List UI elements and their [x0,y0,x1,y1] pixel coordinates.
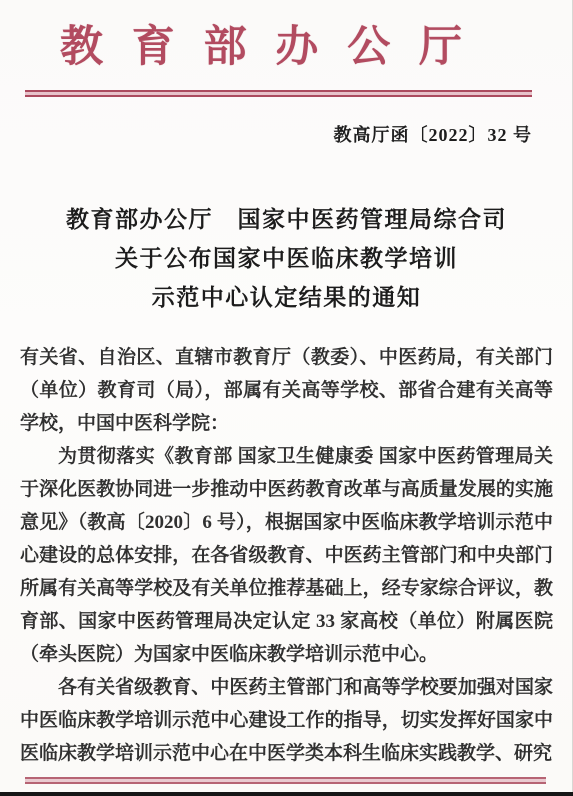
red-divider-top [25,90,532,97]
body-paragraph: 各有关省级教育、中医药主管部门和高等学校要加强对国家中医临床教学培训示范中心建设… [20,671,553,770]
letterhead-agency-name: 教 育 部 办 公 厅 [60,26,462,69]
document-page: 教 育 部 办 公 厅 教高厅函〔2022〕32 号 教育部办公厅 国家中医药管… [0,0,573,796]
document-title-line-3: 示范中心认定结果的通知 [0,278,573,317]
document-title: 教育部办公厅 国家中医药管理局综合司 关于公布国家中医临床教学培训 示范中心认定… [0,200,573,317]
letterhead-char: 教 [60,26,103,69]
letterhead-char: 部 [204,26,247,69]
letterhead-char: 育 [132,26,175,69]
document-number: 教高厅函〔2022〕32 号 [334,121,533,147]
letterhead-char: 厅 [419,26,462,69]
body-paragraph: 为贯彻落实《教育部 国家卫生健康委 国家中医药管理局关于深化医教协同进一步推动中… [20,440,553,671]
document-title-line-1: 教育部办公厅 国家中医药管理局综合司 [0,200,573,239]
document-body: 有关省、自治区、直辖市教育厅（教委）、中医药局，有关部门（单位）教育司（局），部… [20,341,553,770]
document-title-line-2: 关于公布国家中医临床教学培训 [0,239,573,278]
letterhead-char: 办 [275,26,318,69]
scan-edge-strip [0,792,573,796]
letterhead-char: 公 [347,26,390,69]
red-divider-bottom [25,777,546,784]
addressee-paragraph: 有关省、自治区、直辖市教育厅（教委）、中医药局，有关部门（单位）教育司（局），部… [20,341,553,440]
